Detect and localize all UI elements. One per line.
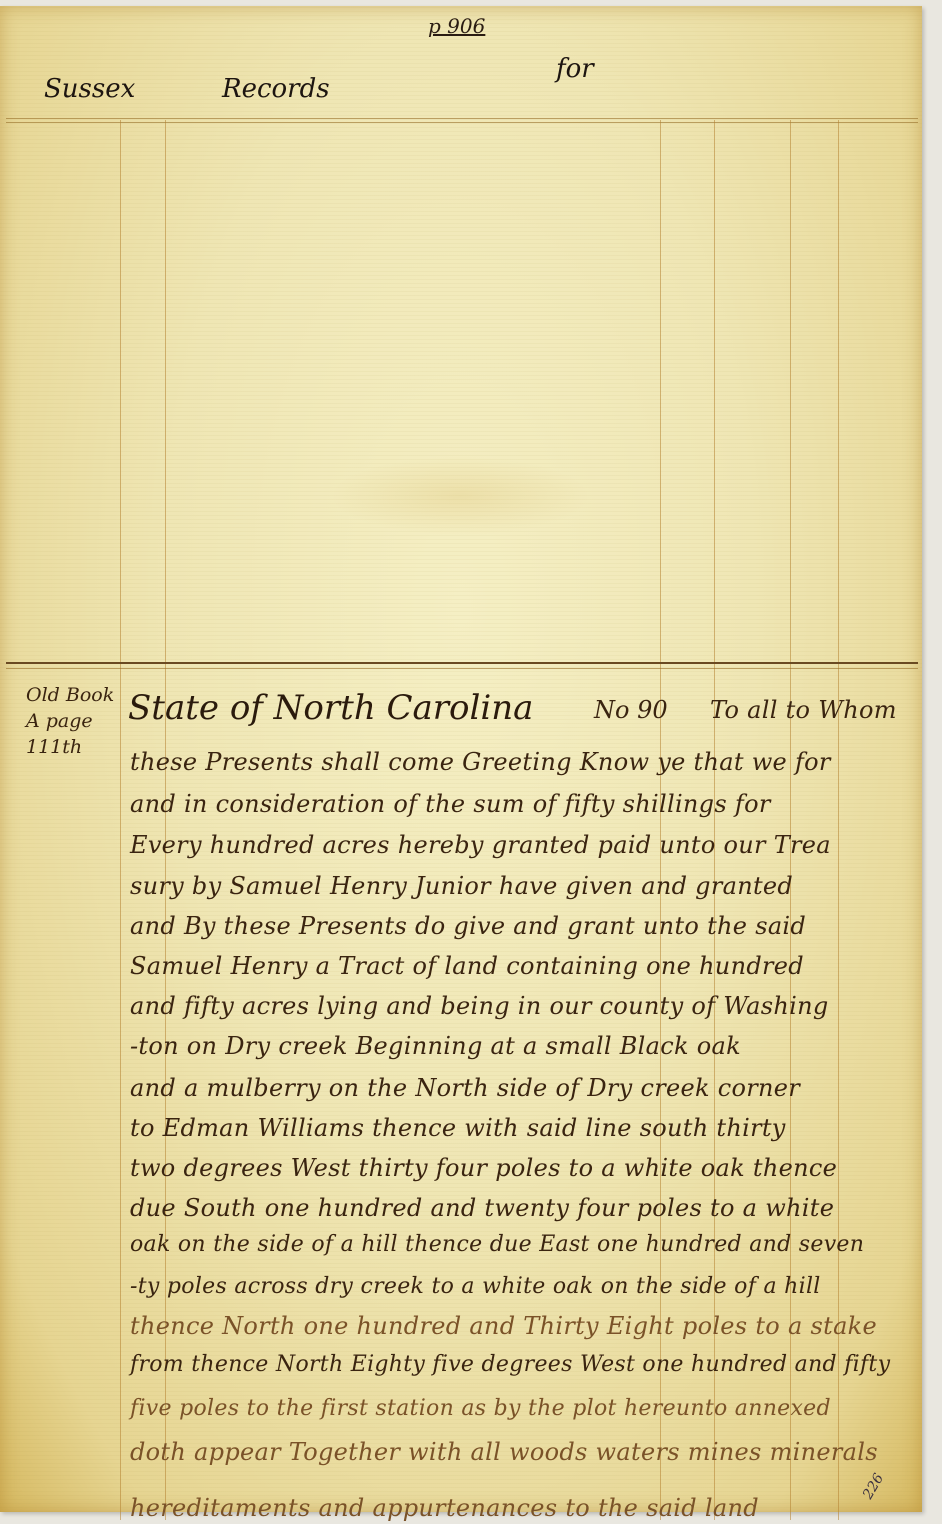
header-rule bbox=[6, 118, 918, 119]
header-rule-secondary bbox=[6, 122, 918, 123]
bleed-through-stain bbox=[330, 456, 590, 536]
margin-note-line-2: A page bbox=[26, 708, 93, 734]
column-rule-6 bbox=[838, 120, 839, 1520]
body-line-4: sury by Samuel Henry Junior have given a… bbox=[130, 872, 793, 900]
grant-number: No 90 bbox=[594, 696, 668, 724]
column-rule-3 bbox=[660, 120, 661, 1520]
body-line-14: -ty poles across dry creek to a white oa… bbox=[130, 1274, 821, 1299]
header-left-word: Sussex bbox=[44, 74, 135, 104]
body-line-5: and By these Presents do give and grant … bbox=[130, 912, 806, 940]
header-center-word: Records bbox=[222, 74, 330, 104]
body-line-9: and a mulberry on the North side of Dry … bbox=[130, 1074, 800, 1102]
body-line-2: and in consideration of the sum of fifty… bbox=[130, 790, 771, 818]
grant-title: State of North Carolina bbox=[128, 688, 533, 728]
body-line-15: thence North one hundred and Thirty Eigh… bbox=[130, 1312, 877, 1340]
body-line-7: and fifty acres lying and being in our c… bbox=[130, 992, 829, 1020]
column-rule-4 bbox=[714, 120, 715, 1520]
page-reference: p 906 bbox=[428, 14, 485, 38]
body-line-10: to Edman Williams thence with said line … bbox=[130, 1114, 786, 1142]
body-line-16: from thence North Eighty five degrees We… bbox=[130, 1352, 890, 1377]
column-rule-2 bbox=[165, 120, 166, 1520]
body-line-8: -ton on Dry creek Beginning at a small B… bbox=[130, 1032, 741, 1060]
margin-note-line-1: Old Book bbox=[26, 682, 114, 708]
body-line-19: hereditaments and appurtenances to the s… bbox=[130, 1494, 759, 1522]
body-line-13: oak on the side of a hill thence due Eas… bbox=[130, 1232, 864, 1257]
body-line-11: two degrees West thirty four poles to a … bbox=[130, 1154, 837, 1182]
body-line-12: due South one hundred and twenty four po… bbox=[130, 1194, 834, 1222]
body-line-6: Samuel Henry a Tract of land containing … bbox=[130, 952, 804, 980]
body-line-17: five poles to the first station as by th… bbox=[130, 1396, 831, 1421]
margin-note-line-3: 111th bbox=[26, 734, 82, 760]
body-line-0: To all to Whom bbox=[710, 696, 897, 724]
header-right-word: for bbox=[556, 54, 594, 84]
body-line-1: these Presents shall come Greeting Know … bbox=[130, 748, 831, 776]
column-rule-5 bbox=[790, 120, 791, 1520]
folio-number: 226 bbox=[860, 1471, 887, 1502]
ledger-page: p 906 Sussex Records for Old Book A page… bbox=[0, 6, 922, 1512]
section-divider-secondary bbox=[6, 668, 918, 669]
body-line-18: doth appear Together with all woods wate… bbox=[130, 1438, 878, 1466]
column-rule-1 bbox=[120, 120, 121, 1520]
body-line-3: Every hundred acres hereby granted paid … bbox=[130, 831, 831, 859]
section-divider bbox=[6, 662, 918, 664]
